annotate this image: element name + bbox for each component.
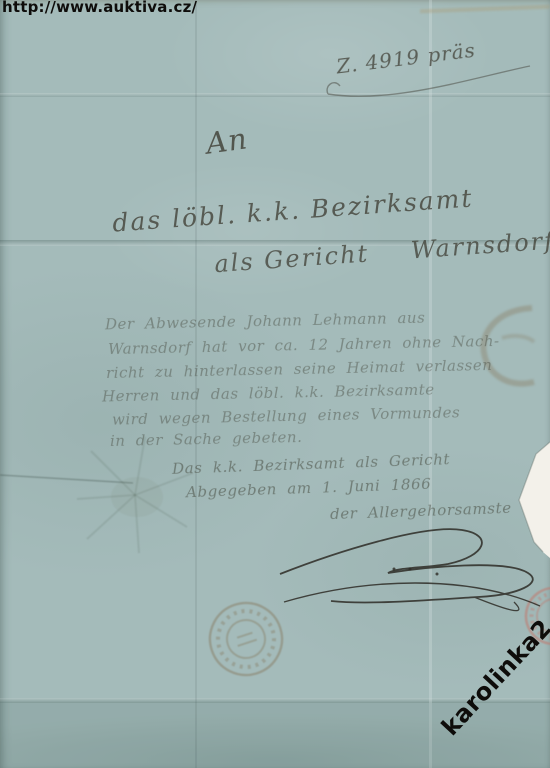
handwritten-body-line: Der Abwesende Johann Lehmann aus xyxy=(105,309,426,334)
handwritten-body-line: wird wegen Bestellung eines Vormundes xyxy=(112,403,460,428)
paper-top-edge xyxy=(420,5,550,14)
signature-flourish xyxy=(276,516,548,614)
fold-line-vertical-left xyxy=(195,0,197,768)
recipient-place: Warnsdorf. xyxy=(410,226,550,265)
letter-scan: Z. 4919 präs An das löbl. k.k. Bezirksam… xyxy=(0,0,550,768)
handwritten-body-line: Warnsdorf hat vor ca. 12 Jahren ohne Nac… xyxy=(108,332,500,358)
reference-flourish xyxy=(322,56,537,102)
handwritten-body-line: Herren und das löbl. k.k. Bezirksamte xyxy=(102,381,435,406)
watermark-source-url: http://www.auktiva.cz/ xyxy=(2,0,197,16)
recipient-line1: das löbl. k.k. Bezirksamt xyxy=(111,183,474,237)
salutation: An xyxy=(204,121,250,160)
handwritten-body-line: richt zu hinterlassen seine Heimat verla… xyxy=(106,356,493,382)
recipient-court: als Gericht xyxy=(213,239,370,278)
closing-date-line: Abgegeben am 1. Juni 1866 xyxy=(186,475,432,502)
closing-line: Das k.k. Bezirksamt als Gericht xyxy=(172,450,451,478)
crease-star xyxy=(75,435,195,555)
handwritten-body-line: in der Sache gebeten. xyxy=(110,428,303,450)
recipient-line2: als Gericht Warnsdorf. xyxy=(213,226,550,278)
